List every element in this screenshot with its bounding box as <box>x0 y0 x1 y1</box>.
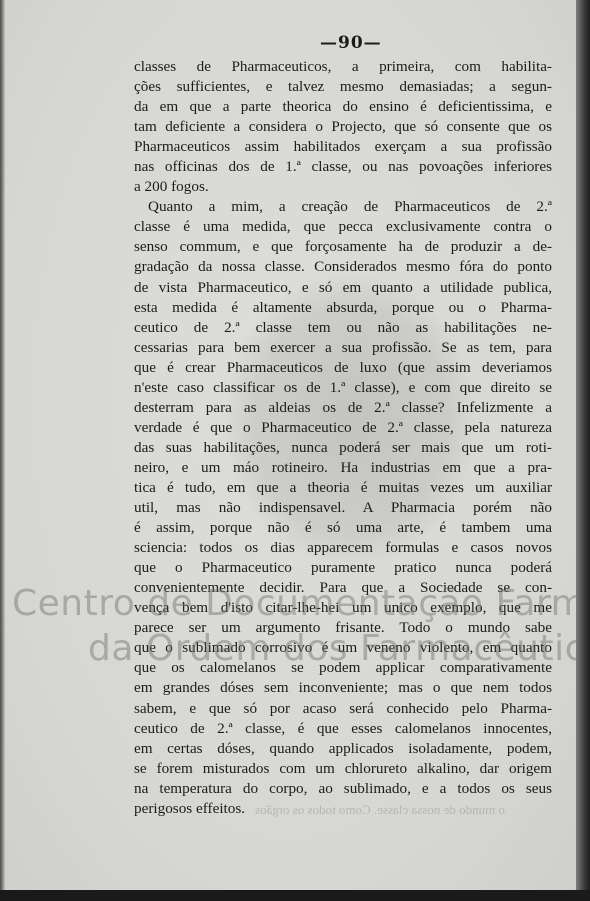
text-line: util, mas não indispensavel. A Pharmacia… <box>134 498 552 518</box>
page-number: —90— <box>320 33 382 53</box>
text-line: que o sublimado corrosivo é um veneno vi… <box>134 638 552 658</box>
text-line: que é crear Pharmaceuticos de luxo (que … <box>134 358 552 378</box>
text-line: cessarias para bem exercer a sua profiss… <box>134 338 552 358</box>
text-line: senso commum, e que forçosamente ha de p… <box>134 237 552 257</box>
text-line: de vista Pharmaceutico, e só em quanto a… <box>134 278 552 298</box>
text-line: n'este caso classificar os de 1.ª classe… <box>134 378 552 398</box>
text-line: classe é uma medida, que pecca exclusiva… <box>134 217 552 237</box>
text-line: tica é tudo, em que a theoria é muitas v… <box>134 478 552 498</box>
text-line: em grandes dóses sem inconveniente; mas … <box>134 678 552 698</box>
text-line: ções sufficientes, e talvez mesmo demasi… <box>134 77 552 97</box>
text-line: desterram para as aldeias os de 2.ª clas… <box>134 398 552 418</box>
text-line: na temperatura do corpo, ao sublimado, e… <box>134 779 552 799</box>
text-line: convenientemente decidir. Para que a Soc… <box>134 578 552 598</box>
text-line: ceutico de 2.ª classe tem ou não as habi… <box>134 318 552 338</box>
text-line: que o Pharmaceutico puramente pratico nu… <box>134 558 552 578</box>
text-line: que os calomelanos se podem applicar com… <box>134 658 552 678</box>
text-line: da em que a parte theorica do ensino é d… <box>134 97 552 117</box>
text-line: a 200 fogos. <box>134 177 552 197</box>
page-bottom-edge <box>0 890 590 901</box>
text-line: tam deficiente a considera o Projecto, q… <box>134 117 552 137</box>
text-line: em certas dóses, quando applicados isola… <box>134 739 552 759</box>
body-text: classes de Pharmaceuticos, a primeira, c… <box>134 57 552 819</box>
text-line: Pharmaceuticos assim habilitados exerçam… <box>134 137 552 157</box>
text-line: das suas habilitações, nunca poderá ser … <box>134 438 552 458</box>
text-line: vença bem d'isto citar-lhe-hei um unico … <box>134 598 552 618</box>
text-line: sciencia: todos os dias apparecem formul… <box>134 538 552 558</box>
text-line: parece ser um argumento frisante. Todo o… <box>134 618 552 638</box>
scanned-page: —90— classes de Pharmaceuticos, a primei… <box>0 0 576 890</box>
text-line: nas officinas dos de 1.ª classe, ou nas … <box>134 157 552 177</box>
page-right-shadow <box>576 0 590 901</box>
page-left-edge <box>0 0 5 890</box>
text-line: sabem, e que só por acaso será conhecido… <box>134 699 552 719</box>
text-line: classes de Pharmaceuticos, a primeira, c… <box>134 57 552 77</box>
text-line: se forem misturados com um chlorureto al… <box>134 759 552 779</box>
text-line: verdade é que o Pharmaceutico de 2.ª cla… <box>134 418 552 438</box>
text-line: ceutico de 2.ª classe, é que esses calom… <box>134 719 552 739</box>
text-line: esta medida é altamente absurda, porque … <box>134 298 552 318</box>
text-line: é assim, porque não é só uma arte, é tam… <box>134 518 552 538</box>
text-line: neiro, e um máo rotineiro. Ha industrias… <box>134 458 552 478</box>
text-line: Quanto a mim, a creação de Pharmaceutico… <box>134 197 552 217</box>
bleed-through-text: o mundo de nossa classe. Como todos os o… <box>255 802 505 818</box>
text-line: gradação da nossa classe. Considerados m… <box>134 257 552 277</box>
